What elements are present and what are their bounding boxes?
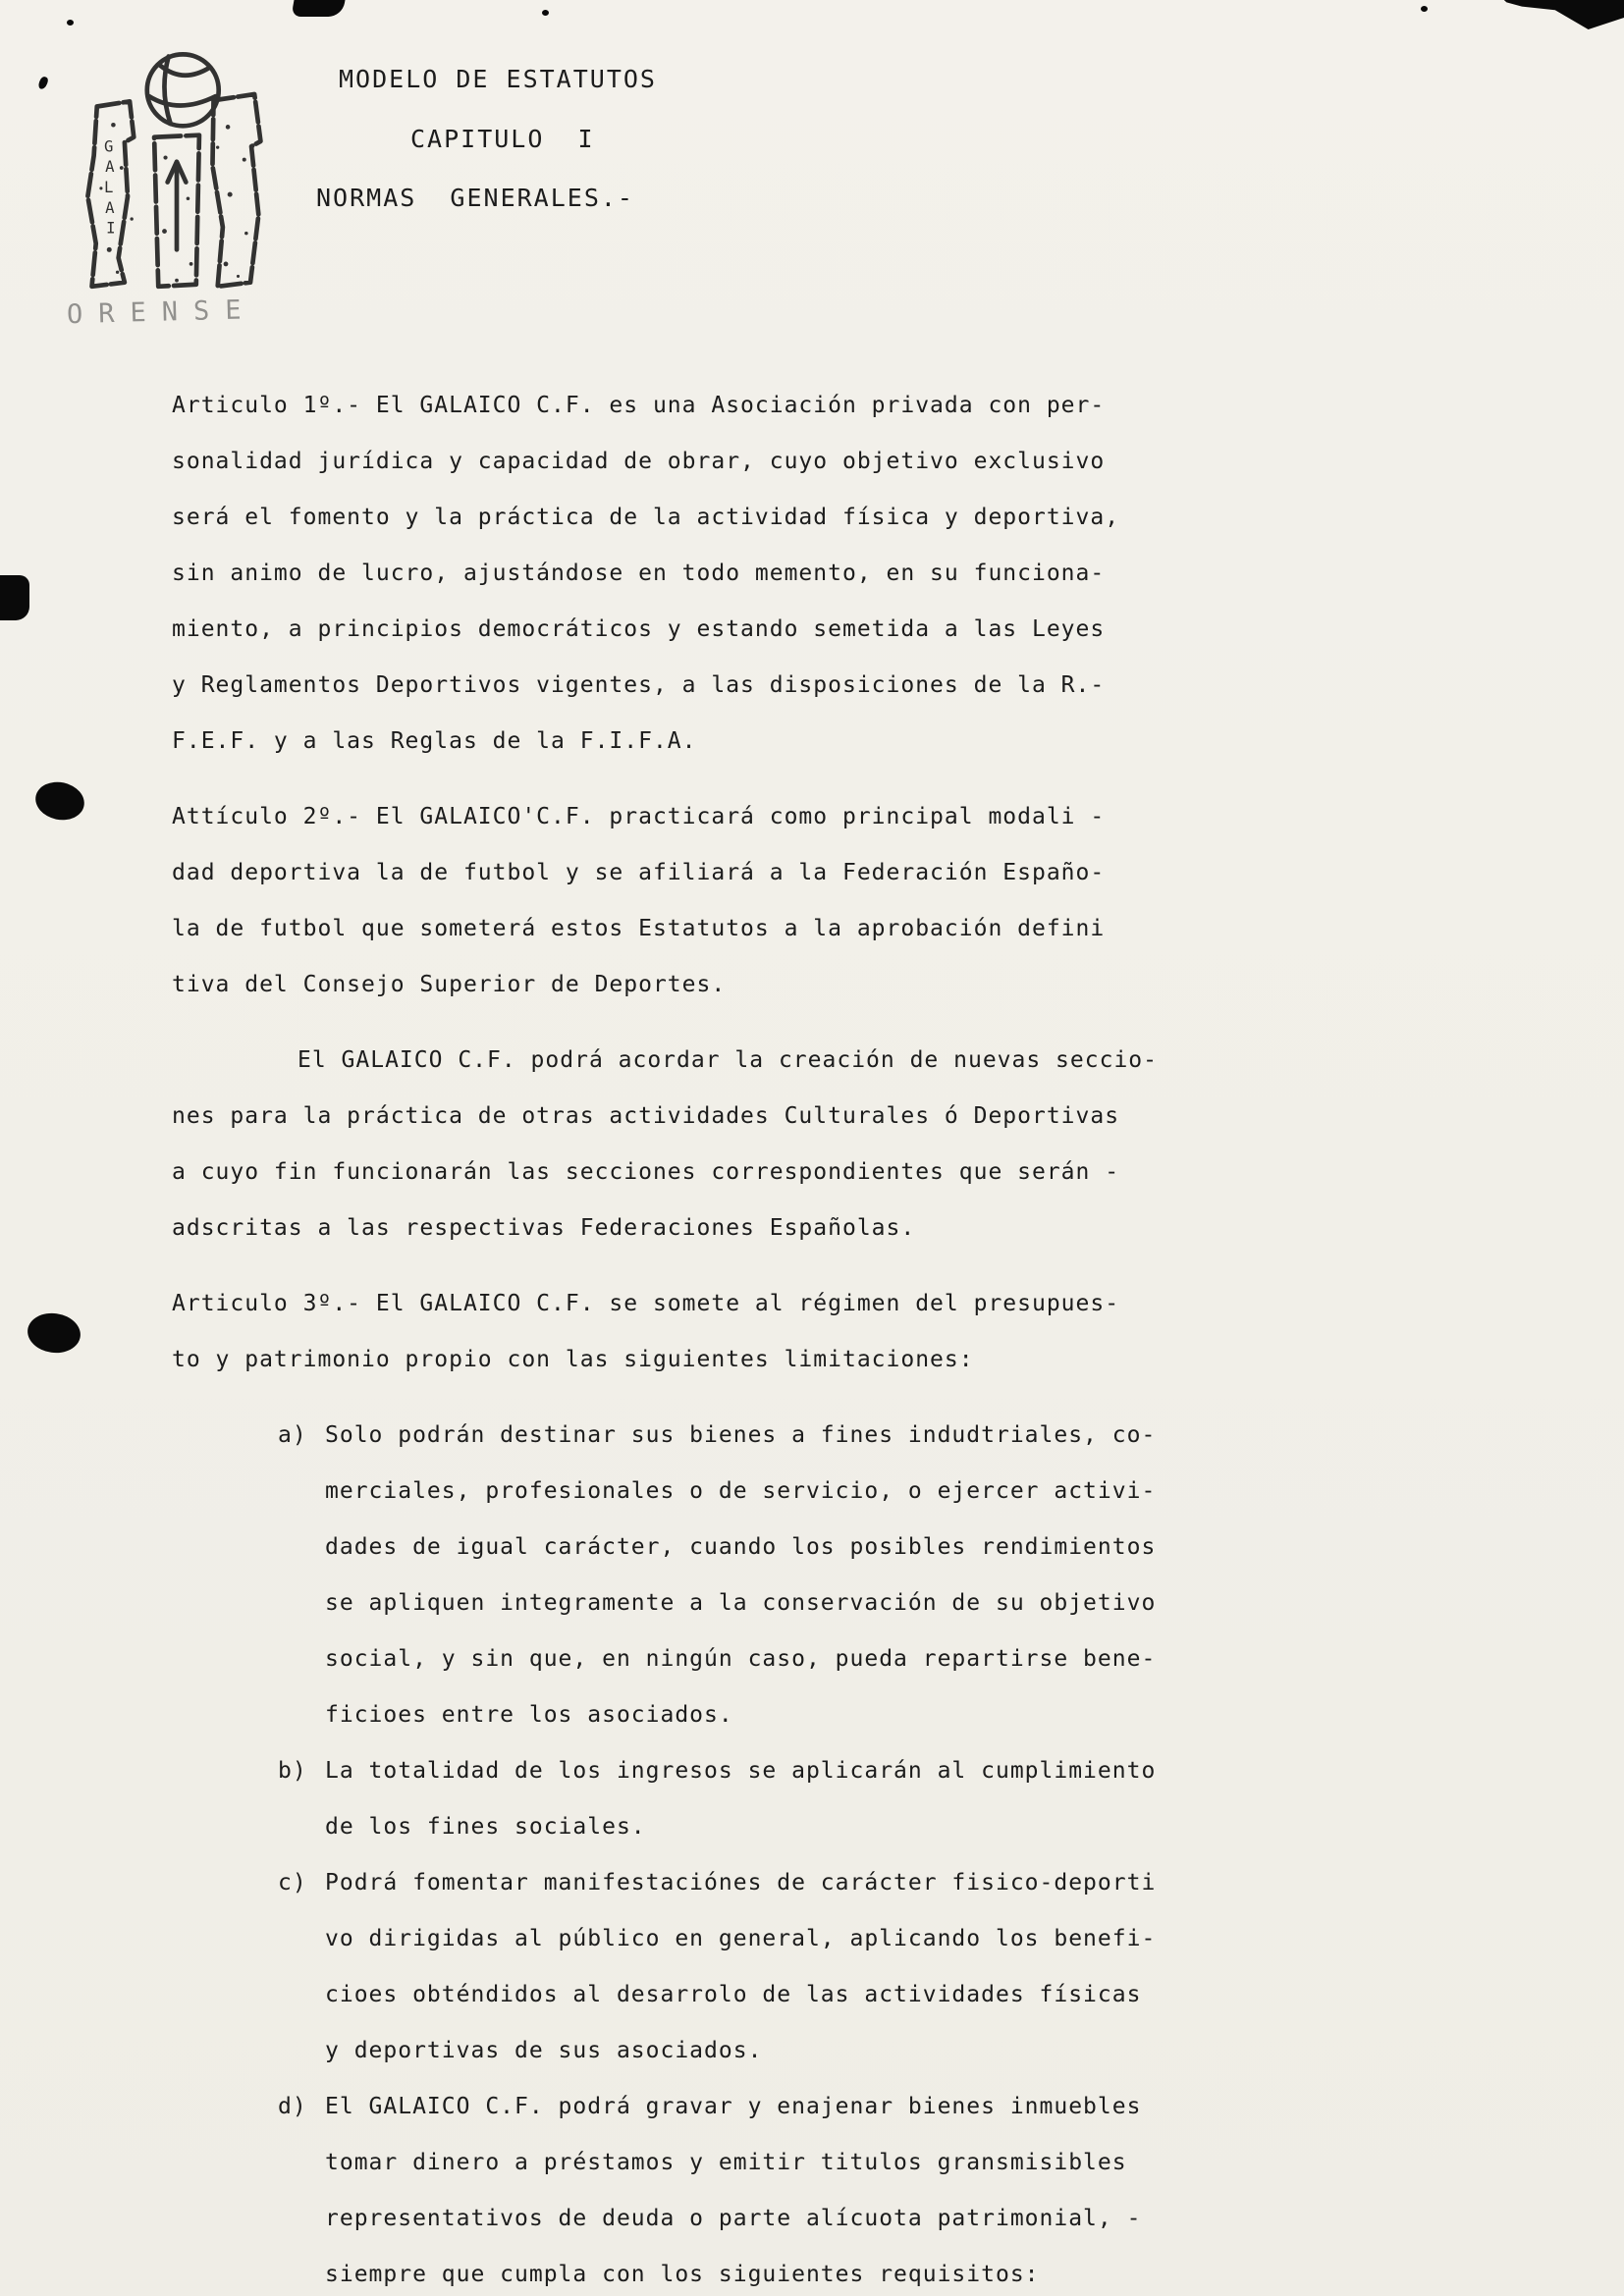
document-title: MODELO DE ESTATUTOS bbox=[339, 65, 657, 93]
clause-item-d: d) El GALAICO C.F. podrá gravar y enajen… bbox=[278, 2079, 1488, 2296]
scan-artifact-top-blob bbox=[292, 0, 346, 17]
paragraph-articulo-1: Articulo 1º.- El GALAICO C.F. es una Aso… bbox=[172, 378, 1488, 770]
document-body: Articulo 1º.- El GALAICO C.F. es una Aso… bbox=[172, 378, 1488, 2296]
clause-text: Solo podrán destinar sus bienes a fines … bbox=[325, 1408, 1488, 1743]
document-page: G A L A I ORENSE MODELO DE ESTATUTOS bbox=[0, 0, 1624, 2296]
section-heading: NORMAS GENERALES.- bbox=[316, 184, 657, 212]
scan-speck bbox=[67, 20, 74, 26]
clause-item-b: b) La totalidad de los ingresos se aplic… bbox=[278, 1743, 1488, 1855]
paragraph-articulo-2-continuation: El GALAICO C.F. podrá acordar la creació… bbox=[172, 1033, 1488, 1256]
scan-speck bbox=[542, 10, 549, 16]
clause-letter: d) bbox=[278, 2079, 325, 2296]
svg-text:I: I bbox=[106, 220, 115, 238]
clause-text: El GALAICO C.F. podrá gravar y enajenar … bbox=[325, 2079, 1488, 2296]
document-header: MODELO DE ESTATUTOS CAPITULO I NORMAS GE… bbox=[0, 65, 657, 212]
chapter-heading: CAPITULO I bbox=[410, 125, 657, 153]
clause-list: a) Solo podrán destinar sus bienes a fin… bbox=[172, 1408, 1488, 2296]
clause-item-c: c) Podrá fomentar manifestaciónes de car… bbox=[278, 1855, 1488, 2079]
clause-letter: b) bbox=[278, 1743, 325, 1855]
clause-item-a: a) Solo podrán destinar sus bienes a fin… bbox=[278, 1408, 1488, 1743]
clause-text: Podrá fomentar manifestaciónes de caráct… bbox=[325, 1855, 1488, 2079]
clause-letter: a) bbox=[278, 1408, 325, 1743]
ink-blot bbox=[25, 1309, 82, 1356]
clause-letter: c) bbox=[278, 1855, 325, 2079]
scan-artifact-dot bbox=[1421, 6, 1428, 12]
scan-artifact-top-right bbox=[1496, 0, 1624, 29]
scan-artifact-left-bar bbox=[0, 575, 29, 620]
clause-text: La totalidad de los ingresos se aplicará… bbox=[325, 1743, 1488, 1855]
ink-blot bbox=[32, 777, 88, 825]
paragraph-articulo-2: Attículo 2º.- El GALAICO'C.F. practicará… bbox=[172, 789, 1488, 1013]
paragraph-articulo-3: Articulo 3º.- El GALAICO C.F. se somete … bbox=[172, 1276, 1488, 1388]
stamp-caption: ORENSE bbox=[67, 294, 307, 330]
